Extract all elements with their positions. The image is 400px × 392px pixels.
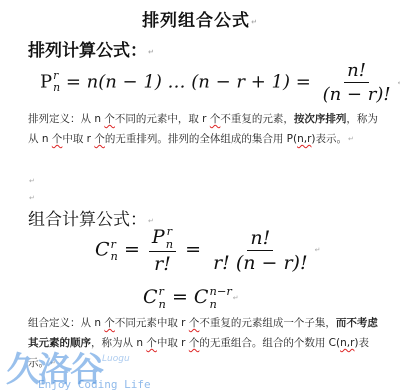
fraction: n!(n − r)! [320, 60, 394, 105]
permutation-formula: Prn = n(n − 1) … (n − r + 1) = n!(n − r)… [40, 60, 400, 105]
title-text: 排列组合公式 [142, 11, 250, 31]
text: 不重复的元素组成一个子集， [199, 317, 336, 329]
combination-formula: Crn = Prnr! = n!r! (n − r)!↵ [95, 226, 320, 275]
c-scripts: rn [111, 239, 118, 263]
spellcheck-word: 个 [104, 317, 115, 329]
heading-text: 排列计算公式： [28, 41, 147, 61]
text: 排列定义：从 n [28, 113, 104, 125]
c-scripts: n−rn [209, 286, 231, 310]
paragraph-mark: ↵ [29, 177, 35, 185]
paragraph-mark: ↵ [50, 359, 56, 367]
p-scripts: rn [53, 71, 60, 94]
c-symbol: C [95, 238, 110, 260]
empty-paragraph: ↵ [28, 187, 35, 206]
spellcheck-word: 个 [189, 317, 200, 329]
numerator: Prn [149, 226, 176, 252]
fraction-nfact: n!r! (n − r)! [210, 227, 311, 274]
numerator: n! [247, 227, 273, 251]
sup-r: r [166, 226, 173, 237]
paragraph-mark: ↵ [348, 135, 354, 143]
text: 不同的元素中，取 r [115, 113, 210, 125]
text: )表示。 [311, 133, 347, 145]
sub-n: n [53, 83, 60, 94]
p-symbol: P [40, 72, 52, 93]
equals: = [172, 286, 188, 308]
spellcheck-word: 个 [104, 113, 115, 125]
sup-n-minus-r: n−r [209, 286, 231, 297]
sub-n: n [166, 239, 173, 250]
text: ，称为从 n [91, 337, 146, 349]
denominator: r! [151, 252, 174, 275]
c-symbol: C [194, 286, 209, 308]
spellcheck-word: 个 [146, 337, 157, 349]
document-title: 排列组合公式↵ [0, 6, 400, 31]
watermark-tagline: Enjoy Coding Life [38, 378, 151, 391]
combination-definition: 组合定义：从 n 个不同元素中取 r 个不重复的元素组成一个子集，而不考虑其元素… [28, 313, 378, 373]
equals: = [185, 238, 201, 260]
permutation-definition: 排列定义：从 n 个不同的元素中，取 r 个不重复的元素，按次序排列，称为从 n… [28, 109, 378, 149]
paragraph-mark: ↵ [148, 217, 154, 225]
text: 不重复的元素， [220, 113, 294, 125]
equals: = [124, 238, 140, 260]
spellcheck-word: 个 [210, 113, 221, 125]
paragraph-mark: ↵ [29, 194, 35, 202]
text: 的无重排列。排列的全体组成的集合用 P( [105, 133, 297, 145]
paragraph-mark: ↵ [315, 246, 321, 254]
sup-r: r [159, 286, 166, 297]
p-symbol: P [152, 226, 165, 248]
spellcheck-word: n,r [297, 133, 311, 145]
sub-n: n [209, 299, 231, 310]
paragraph-mark: ↵ [148, 48, 154, 56]
expansion: = n(n − 1) … (n − r + 1) = [66, 72, 311, 93]
text: 的无重组合。组合的个数用 C( [199, 337, 340, 349]
sub-n: n [159, 299, 166, 310]
c-scripts: rn [159, 286, 166, 310]
bold-text: 按次序排列 [294, 113, 347, 125]
combination-symmetry-formula: Crn = Cn−rn↵ [143, 286, 239, 310]
numerator: n! [344, 60, 369, 83]
permutation-heading: 排列计算公式：↵ [28, 36, 154, 61]
paragraph-mark: ↵ [251, 18, 258, 26]
sub-n: n [111, 251, 118, 262]
spellcheck-word: 个 [189, 337, 200, 349]
denominator: (n − r)! [320, 83, 394, 105]
spellcheck-word: n,r [340, 337, 354, 349]
text: 组合定义：从 n [28, 317, 104, 329]
denominator: r! (n − r)! [210, 251, 311, 274]
text: 中取 r [62, 133, 94, 145]
p-scripts: rn [166, 226, 173, 250]
c-symbol: C [143, 286, 158, 308]
spellcheck-word: 个 [94, 133, 105, 145]
spellcheck-word: 个 [52, 133, 63, 145]
text: 不同元素中取 r [115, 317, 189, 329]
fraction-p-over-rfact: Prnr! [149, 226, 176, 275]
text: 中取 r [157, 337, 189, 349]
paragraph-mark: ↵ [233, 294, 239, 302]
